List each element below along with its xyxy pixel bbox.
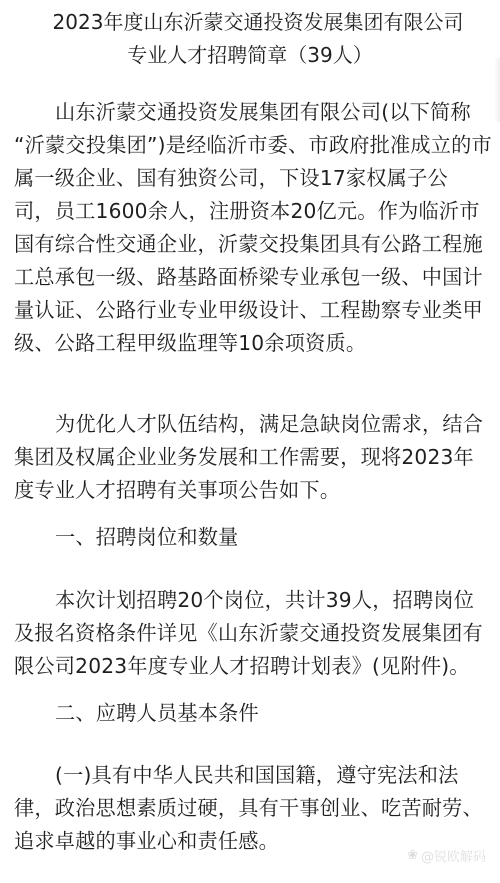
watermark-text: @锐欧解码 — [421, 846, 486, 865]
watermark: ❀ @锐欧解码 — [407, 846, 486, 865]
condition-line: (一)具有中华人民共和国国籍，遵守宪法和法 — [14, 759, 486, 792]
positions-paragraph: 本次计划招聘20个岗位，共计39人，招聘岗位 及报名资格条件详见《山东沂蒙交通投… — [0, 584, 500, 683]
intro-line: 司，员工1600余人，注册资本20亿元。作为临沂市 — [14, 195, 486, 228]
title-line-2: 专业人才招聘简章（39人） — [0, 39, 500, 72]
section-heading-text: 一、招聘岗位和数量 — [14, 521, 486, 554]
intro-line: 级、公路工程甲级监理等10余项资质。 — [14, 327, 486, 360]
positions-line: 及报名资格条件详见《山东沂蒙交通投资发展集团有 — [14, 617, 486, 650]
intro-line: 山东沂蒙交通投资发展集团有限公司(以下简称 — [14, 96, 486, 129]
purpose-line: 为优化人才队伍结构，满足急缺岗位需求，结合 — [14, 408, 486, 441]
intro-line: 工总承包一级、路基路面桥梁专业承包一级、中国计 — [14, 261, 486, 294]
section-heading-text: 二、应聘人员基本条件 — [14, 697, 486, 730]
condition-1-paragraph: (一)具有中华人民共和国国籍，遵守宪法和法 律，政治思想素质过硬，具有干事创业、… — [0, 759, 500, 858]
intro-line: 量认证、公路行业专业甲级设计、工程勘察专业类甲 — [14, 294, 486, 327]
intro-line: “沂蒙交投集团”)是经临沂市委、市政府批准成立的市 — [14, 129, 486, 162]
intro-line: 属一级企业、国有独资公司，下设17家权属子公 — [14, 162, 486, 195]
purpose-line: 度专业人才招聘有关事项公告如下。 — [14, 474, 486, 507]
intro-paragraph: 山东沂蒙交通投资发展集团有限公司(以下简称 “沂蒙交投集团”)是经临沂市委、市政… — [0, 96, 500, 360]
purpose-paragraph: 为优化人才队伍结构，满足急缺岗位需求，结合 集团及权属企业业务发展和工作需要，现… — [0, 408, 500, 507]
positions-line: 本次计划招聘20个岗位，共计39人，招聘岗位 — [14, 584, 486, 617]
paw-icon: ❀ — [407, 848, 418, 863]
condition-line: 律，政治思想素质过硬，具有干事创业、吃苦耐劳、 — [14, 792, 486, 825]
section-heading-conditions: 二、应聘人员基本条件 — [0, 697, 500, 730]
purpose-line: 集团及权属企业业务发展和工作需要，现将2023年 — [14, 441, 486, 474]
positions-line: 限公司2023年度专业人才招聘计划表》(见附件)。 — [14, 650, 486, 683]
intro-line: 国有综合性交通企业，沂蒙交投集团具有公路工程施 — [14, 228, 486, 261]
document-page: 2023年度山东沂蒙交通投资发展集团有限公司 专业人才招聘简章（39人） 山东沂… — [0, 0, 500, 883]
title-line-1: 2023年度山东沂蒙交通投资发展集团有限公司 — [0, 6, 500, 39]
document-title: 2023年度山东沂蒙交通投资发展集团有限公司 专业人才招聘简章（39人） — [0, 0, 500, 72]
section-heading-positions: 一、招聘岗位和数量 — [0, 521, 500, 554]
